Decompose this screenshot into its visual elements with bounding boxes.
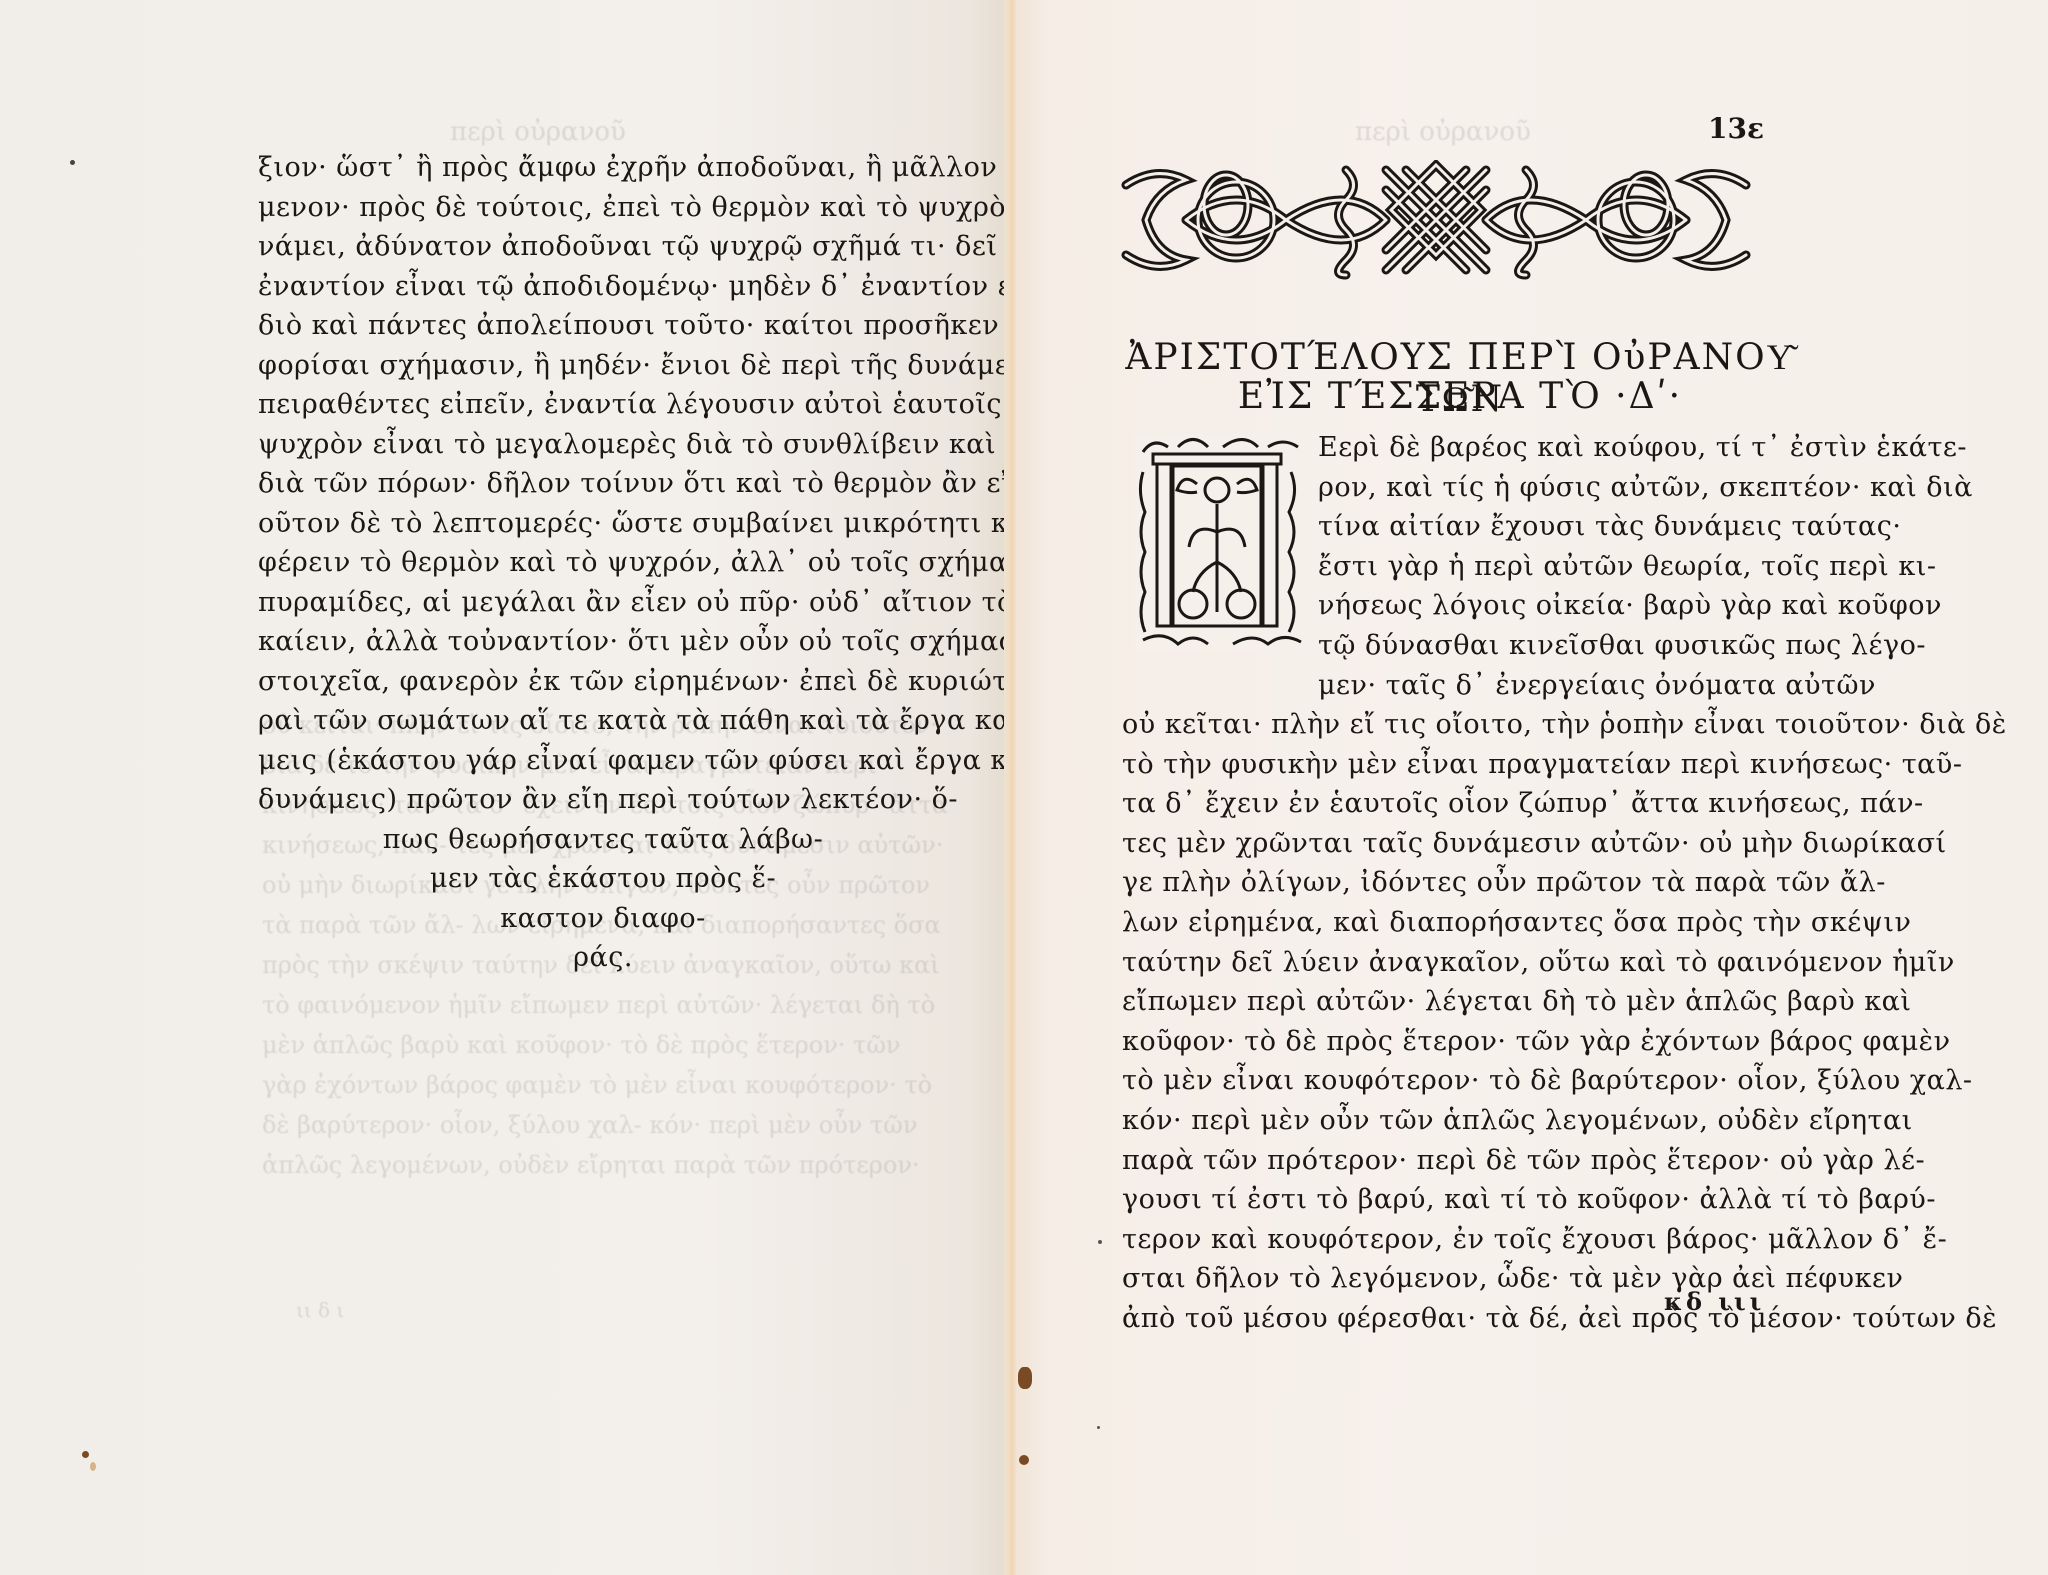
text-line: νάμει, ἀδύνατον ἀποδοῦναι τῷ ψυχρῷ σχῆμά… [258,227,948,267]
foxing-stain [90,1462,96,1471]
text-line: ἔστι γὰρ ἡ περὶ αὐτῶν θεωρία, τοῖς περὶ … [1318,547,1806,587]
gutter-stain [1018,1367,1032,1389]
text-line: γουσι τί ἐστι τὸ βαρύ, καὶ τί τὸ κοῦφον·… [1122,1180,1810,1220]
text-line: τῷ δύνασθαι κινεῖσθαι φυσικῶς πως λέγο- [1318,626,1806,666]
folio-number: 13ε [1708,112,1764,145]
text-line: διὸ καὶ πάντες ἀπολείπουσι τοῦτο· καίτοι… [258,306,948,346]
text-line-taper: μεν τὰς ἑκάστου πρὸς ἕ- [258,859,948,899]
text-line-taper: καστον διαφο- [258,899,948,939]
text-line: ρον, καὶ τίς ἡ φύσις αὐτῶν, σκεπτέον· κα… [1318,468,1806,508]
ink-speck [1098,1240,1102,1244]
text-line: παρὰ τῶν πρότερον· περὶ δὲ τῶν πρὸς ἕτερ… [1122,1141,1810,1181]
text-line: γε πλὴν ὀλίγων, ἰδόντες οὖν πρῶτον τὰ πα… [1122,863,1810,903]
ink-speck [1097,1426,1100,1429]
text-line: μεν· ταῖς δ᾽ ἐνεργείαις ὀνόματα αὐτῶν [1318,666,1806,706]
gutter-stain [1019,1455,1029,1465]
recto-text-body: οὐ κεῖται· πλὴν εἴ τις οἴοιτο, τὴν ῥοπὴν… [1122,705,1810,1339]
show-through-header: περὶ οὐρανοῦ [1355,112,1531,152]
text-line: τα δ᾽ ἔχειν ἐν ἑαυτοῖς οἷον ζώπυρ᾽ ἄττα … [1122,784,1810,824]
text-line: διὰ τῶν πόρων· δῆλον τοίνυν ὅτι καὶ τὸ θ… [258,464,948,504]
text-line: νήσεως λόγοις οἰκεία· βαρὺ γὰρ καὶ κοῦφο… [1318,586,1806,626]
recto-text-beside-initial: Εερὶ δὲ βαρέος καὶ κούφου, τί τ᾽ ἐστὶν ἑ… [1318,428,1806,705]
text-line: κόν· περὶ μὲν οὖν τῶν ἁπλῶς λεγομένων, ο… [1122,1101,1810,1141]
text-line: τὸ τὴν φυσικὴν μὲν εἶναι πραγματείαν περ… [1122,745,1810,785]
foxing-stain [82,1451,89,1458]
text-line: μενον· πρὸς δὲ τούτοις, ἐπεὶ τὸ θερμὸν κ… [258,188,948,228]
text-line: μεις (ἑκάστου γάρ εἶναί φαμεν τῶν φύσει … [258,741,948,781]
text-line: ξιον· ὥστ᾽ ἢ πρὸς ἄμφω ἐχρῆν ἀποδοῦναι, … [258,148,948,188]
text-line: πειραθέντες εἰπεῖν, ἐναντία λέγουσιν αὐτ… [258,385,948,425]
verso-page: περὶ οὐρανοῦ οὐ κεῖται· πλὴν εἴ τις οἴοι… [0,0,1008,1575]
text-line: πυραμίδες, αἱ μεγάλαι ἂν εἶεν οὐ πῦρ· οὐ… [258,583,948,623]
text-line: ταύτην δεῖ λύειν ἀναγκαῖον, οὕτω καὶ τὸ … [1122,943,1810,983]
text-line: λων εἰρημένα, καὶ διαπορήσαντες ὅσα πρὸς… [1122,903,1810,943]
text-line: οὐ κεῖται· πλὴν εἴ τις οἴοιτο, τὴν ῥοπὴν… [1122,705,1810,745]
text-line: τὸ μὲν εἶναι κουφότερον· τὸ δὲ βαρύτερον… [1122,1061,1810,1101]
knotwork-headpiece-ornament [1116,160,1756,280]
ink-speck [70,160,75,165]
signature-mark: κδ ιιι [1664,1287,1765,1316]
text-line: τερον καὶ κουφότερον, ἐν τοῖς ἔχουσι βάρ… [1122,1220,1810,1260]
text-line: τίνα αἰτίαν ἔχουσι τὰς δυνάμεις ταύτας· [1318,507,1806,547]
text-line-taper: δυνάμεις) πρῶτον ἂν εἴη περὶ τούτων λεκτ… [258,780,948,820]
show-through-header: περὶ οὐρανοῦ [450,112,626,152]
show-through-signature: ιι δ ι [296,1290,344,1330]
text-line: οῦτον δὲ τὸ λεπτομερές· ὥστε συμβαίνει μ… [258,504,948,544]
text-line: εἴπωμεν περὶ αὐτῶν· λέγεται δὴ τὸ μὲν ἁπ… [1122,982,1810,1022]
text-line: Εερὶ δὲ βαρέος καὶ κούφου, τί τ᾽ ἐστὶν ἑ… [1318,428,1806,468]
text-line-taper: πως θεωρήσαντες ταῦτα λάβω- [258,820,948,860]
text-line: ἐναντίον εἶναι τῷ ἀποδιδομένῳ· μηδὲν δ᾽ … [258,267,948,307]
book-title-line-2: ΕἸΣ ΤΈΣΣΕΡΑ ΤῸ ·Δʹ· [1110,376,1810,417]
verso-text: ξιον· ὥστ᾽ ἢ πρὸς ἄμφω ἐχρῆν ἀποδοῦναι, … [258,148,948,978]
text-line: φέρειν τὸ θερμὸν καὶ τὸ ψυχρόν, ἀλλ᾽ οὐ … [258,543,948,583]
text-line-taper: ράς. [258,938,948,978]
text-line: φορίσαι σχήμασιν, ἢ μηδέν· ἔνιοι δὲ περὶ… [258,346,948,386]
text-line: ψυχρὸν εἶναι τὸ μεγαλομερὲς διὰ τὸ συνθλ… [258,425,948,465]
book-gutter [1004,0,1018,1575]
text-line: ραὶ τῶν σωμάτων αἵ τε κατὰ τὰ πάθη καὶ τ… [258,701,948,741]
text-line: τες μὲν χρῶνται ταῖς δυνάμεσιν αὐτῶν· οὐ… [1122,824,1810,864]
text-line: στοιχεῖα, φανερὸν ἐκ τῶν εἰρημένων· ἐπεὶ… [258,662,948,702]
text-line: κοῦφον· τὸ δὲ πρὸς ἕτερον· τῶν γὰρ ἐχόντ… [1122,1022,1810,1062]
decorated-initial-pi-icon [1133,432,1303,654]
text-line: καίειν, ἀλλὰ τοὐναντίον· ὅτι μὲν οὖν οὐ … [258,622,948,662]
